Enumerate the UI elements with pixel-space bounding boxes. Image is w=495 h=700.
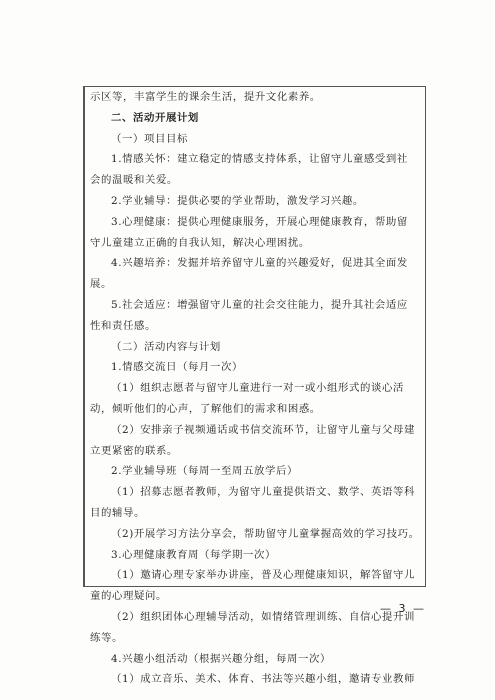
text-line: 2.学业辅导：提供必要的学业帮助，激发学习兴趣。 <box>90 191 420 212</box>
text-line: 2.学业辅导班（每周一至周五放学后） <box>90 461 420 482</box>
text-line: 会的温暖和关爱。 <box>90 170 420 191</box>
text-line: 4.兴趣小组活动（根据兴趣分组，每周一次） <box>90 649 420 670</box>
text-line: （二）活动内容与计划 <box>90 337 420 358</box>
text-line: 3.心理健康教育周（每学期一次） <box>90 545 420 566</box>
document-table: 示区等，丰富学生的课余生活，提升文化素养。二、活动开展计划（一）项目目标1.情感… <box>83 86 426 587</box>
section-heading: 二、活动开展计划 <box>90 108 420 129</box>
text-line: 4.兴趣培养：发掘并培养留守儿童的兴趣爱好，促进其全面发 <box>90 253 420 274</box>
text-line: （1）组织志愿者与留守儿童进行一对一或小组形式的谈心活 <box>90 378 420 399</box>
text-line: （1）成立音乐、美术、体育、书法等兴趣小组，邀请专业教师 <box>90 669 420 690</box>
text-line: 立更紧密的联系。 <box>90 441 420 462</box>
text-line: 童的心理疑问。 <box>90 586 420 607</box>
text-line: （1）邀请心理专家举办讲座，普及心理健康知识，解答留守儿 <box>90 565 420 586</box>
text-line: （一）项目目标 <box>90 129 420 150</box>
text-line: 示区等，丰富学生的课余生活，提升文化素养。 <box>90 87 420 108</box>
text-line: （2）组织团体心理辅导活动，如情绪管理训练、自信心提升训 <box>90 607 420 628</box>
text-line: 练等。 <box>90 628 420 649</box>
text-line: 5.社会适应：增强留守儿童的社会交往能力，提升其社会适应 <box>90 295 420 316</box>
text-line: （2）安排亲子视频通话或书信交流环节，让留守儿童与父母建 <box>90 420 420 441</box>
page-number: — 3 — <box>380 602 426 615</box>
table-content-column: 示区等，丰富学生的课余生活，提升文化素养。二、活动开展计划（一）项目目标1.情感… <box>85 87 426 586</box>
text-line: 动，倾听他们的心声，了解他们的需求和困惑。 <box>90 399 420 420</box>
text-line: 1.情感交流日（每月一次） <box>90 357 420 378</box>
text-line: 展。 <box>90 274 420 295</box>
text-line: 目的辅导。 <box>90 503 420 524</box>
text-line: 性和责任感。 <box>90 316 420 337</box>
text-line: 守儿童建立正确的自我认知，解决心理困扰。 <box>90 233 420 254</box>
text-line: 1.情感关怀：建立稳定的情感支持体系，让留守儿童感受到社 <box>90 149 420 170</box>
text-line: 3.心理健康：提供心理健康服务，开展心理健康教育，帮助留 <box>90 212 420 233</box>
text-line: （1）招募志愿者教师，为留守儿童提供语文、数学、英语等科 <box>90 482 420 503</box>
text-line: （2)开展学习方法分享会，帮助留守儿童掌握高效的学习技巧。 <box>90 524 420 545</box>
